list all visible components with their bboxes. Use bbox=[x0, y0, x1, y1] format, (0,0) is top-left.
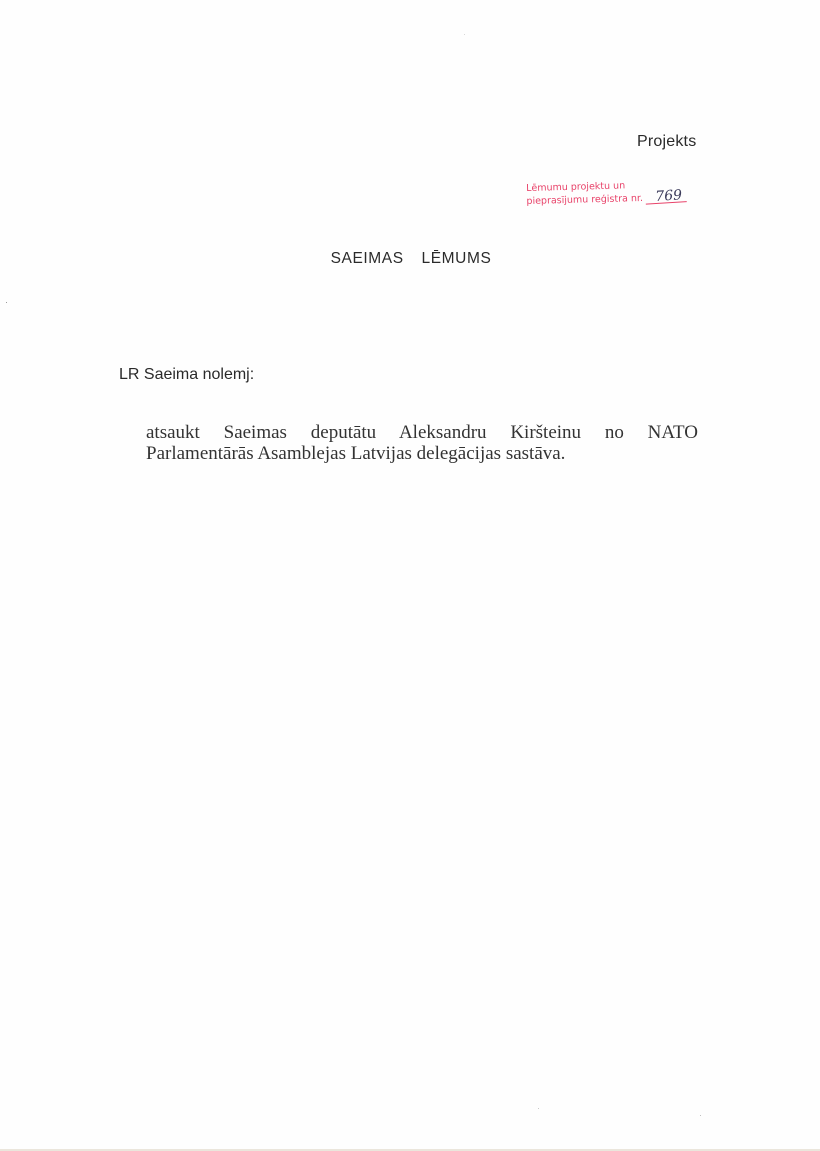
document-page: Projekts Lēmumu projektu un pieprasījumu… bbox=[0, 0, 820, 1151]
stamp-line-2: pieprasījumu reģistra nr.769 bbox=[526, 190, 686, 207]
scan-speck bbox=[538, 1108, 539, 1109]
stamp-registry-label: pieprasījumu reģistra nr. bbox=[526, 193, 643, 207]
document-title: SAEIMAS LĒMUMS bbox=[0, 250, 820, 268]
registry-number: 769 bbox=[645, 189, 686, 204]
decision-intro: LR Saeima nolemj: bbox=[119, 366, 254, 384]
scan-speck bbox=[6, 302, 7, 303]
scan-speck bbox=[464, 34, 465, 35]
decision-text-line-1: atsaukt Saeimas deputātu Aleksandru Kirš… bbox=[146, 422, 698, 443]
scan-speck bbox=[700, 1115, 701, 1116]
decision-text: atsaukt Saeimas deputātu Aleksandru Kirš… bbox=[146, 422, 698, 464]
project-label: Projekts bbox=[637, 133, 696, 151]
decision-text-line-2: Parlamentārās Asamblejas Latvijas delegā… bbox=[146, 443, 698, 464]
registry-stamp: Lēmumu projektu un pieprasījumu reģistra… bbox=[526, 179, 686, 207]
